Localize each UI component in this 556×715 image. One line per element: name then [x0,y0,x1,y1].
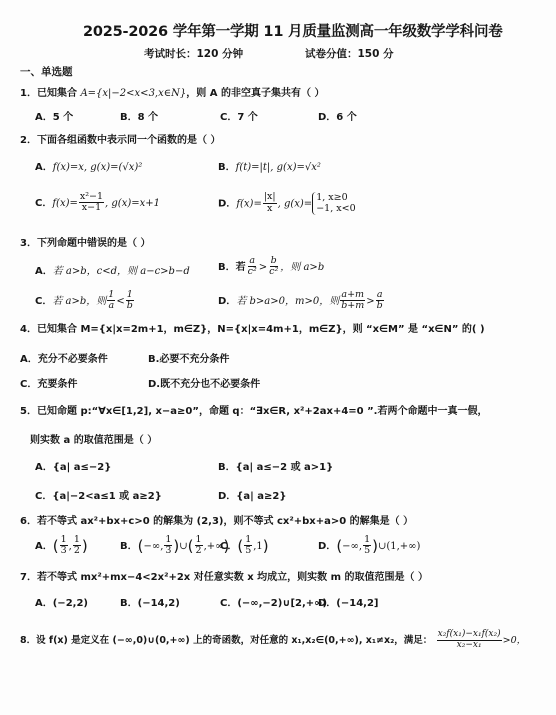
section-title: 一、单选题 [20,64,73,79]
question-5: 5．已知命题 p:“∀x∈[1,2], x−a≥0”，命题 q：“∃x∈R, x… [20,402,487,417]
q4-option-c: C．充要条件 [20,375,77,390]
question-7: 7．若不等式 mx²+mx−4<2x²+2x 对任意实数 x 均成立，则实数 m… [20,568,428,583]
q5-option-a: A．{a| a≤−2} [35,458,111,473]
q1-option-c: C．7 个 [220,108,258,123]
q7-option-c: C．(−∞,−2)∪[2,+∞) [220,594,327,609]
question-8: 8．设 f(x) 是定义在 (−∞,0)∪(0,+∞) 上的奇函数，对任意的 x… [20,630,526,651]
q5-option-c: C．{a|−2<a≤1 或 a≥2} [35,487,162,502]
q4-option-b: B.必要不充分条件 [148,350,229,365]
q4-option-a: A．充分不必要条件 [20,350,108,365]
question-2: 2．下面各组函数中表示同一个函数的是（ ） [20,131,220,146]
exam-total-score: 试卷分值：150 分 [305,46,394,61]
q3-option-c: C．若 a>b，则1a<1b [35,290,135,312]
q2-option-d: D．f(x)=|x|x, g(x)=1, x≥0−1, x<0 [218,192,356,215]
q7-option-b: B．(−14,2) [120,594,180,609]
q6-option-d: D．(−∞,15)∪(1,+∞) [318,535,420,557]
question-3: 3．下列命题中错误的是（ ） [20,234,150,249]
q4-option-d: D.既不充分也不必要条件 [148,375,260,390]
question-number: 1． [20,88,37,99]
question-4: 4．已知集合 M={x|x=2m+1，m∈Z}，N={x|x=4m+1，m∈Z}… [20,320,485,335]
q3-option-b: B．若ac²>bc²，则 a>b [218,256,324,278]
q2-option-b: B．f(t)=|t|, g(x)=√x² [218,158,321,173]
exam-duration: 考试时长：120 分钟 [144,46,243,61]
q6-option-a: A．(13,12) [35,535,88,557]
q1-option-b: B．8 个 [120,108,158,123]
question-5-continuation: 则实数 a 的取值范围是（ ） [30,431,157,446]
question-8-fraction: x₂f(x₁)−x₁f(x₂)x₂−x₁ [437,630,502,651]
q5-option-d: D．{a| a≥2} [218,487,287,502]
q3-option-a: A．若 a>b，c<d，则 a−c>b−d [35,262,190,277]
q1-option-d: D．6 个 [318,108,357,123]
q6-option-c: C．(15,1) [220,535,269,557]
q5-option-b: B．{a| a≤−2 或 a>1} [218,458,333,473]
q7-option-a: A．(−2,2) [35,594,88,609]
q6-option-b: B．(−∞,13)∪(12,+∞) [120,535,229,557]
q1-option-a: A．5 个 [35,108,73,123]
q3-option-d: D．若 b>a>0，m>0，则a+mb+m>ab [218,290,385,312]
piecewise-function: 1, x≥0−1, x<0 [312,192,355,215]
question-1: 1．已知集合 A={x|−2<x<3,x∈N}，则 A 的非空真子集共有（ ） [20,84,324,99]
q2-option-c: C．f(x)=x²−1x−1, g(x)=x+1 [35,192,160,214]
exam-title: 2025-2026 学年第一学期 11 月质量监测高一年级数学学科问卷 [83,20,503,41]
question-6: 6．若不等式 ax²+bx+c>0 的解集为 (2,3)，则不等式 cx²+bx… [20,512,413,527]
q2-option-a: A．f(x)=x, g(x)=(√x)² [35,158,142,173]
q7-option-d: D．(−14,2] [318,594,379,609]
